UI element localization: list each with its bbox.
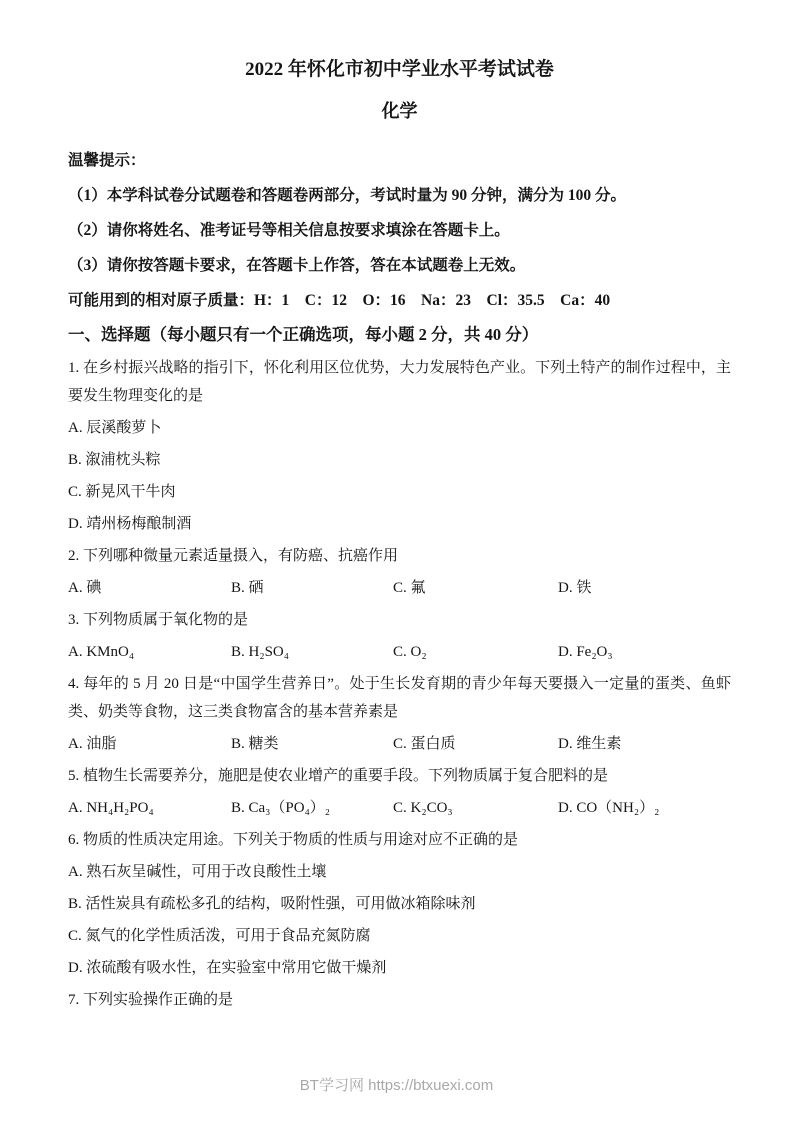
question-1-option-d: D. 靖州杨梅酿制酒	[68, 510, 731, 538]
question-1-option-a: A. 辰溪酸萝卜	[68, 414, 731, 442]
question-3-options: A. KMnO₄B. H₂SO₄C. O₂D. Fe₂O₃	[68, 634, 731, 666]
question-5-stem: 5. 植物生长需要养分，施肥是使农业增产的重要手段。下列物质属于复合肥料的是	[68, 762, 731, 790]
question-2-options: A. 碘B. 硒C. 氟D. 铁	[68, 570, 731, 602]
notice-item-3: （3）请你按答题卡要求，在答题卡上作答，答在本试题卷上无效。	[68, 254, 731, 278]
question-6-option-b: B. 活性炭具有疏松多孔的结构，吸附性强，可用做冰箱除味剂	[68, 890, 731, 918]
notice-list: （1）本学科试卷分试题卷和答题卷两部分，考试时量为 90 分钟，满分为 100 …	[68, 184, 731, 278]
question-2-option-d: D. 铁	[558, 574, 731, 602]
question-1-options: A. 辰溪酸萝卜B. 溆浦枕头粽C. 新晃风干牛肉D. 靖州杨梅酿制酒	[68, 414, 731, 538]
question-5-option-a: A. NH₄H₂PO₄	[68, 794, 231, 822]
notice-item-1: （1）本学科试卷分试题卷和答题卷两部分，考试时量为 90 分钟，满分为 100 …	[68, 184, 731, 208]
watermark-footer: BT学习网 https://btxuexi.com	[0, 1076, 793, 1096]
question-6-option-a: A. 熟石灰呈碱性，可用于改良酸性土壤	[68, 858, 731, 886]
question-6-option-d: D. 浓硫酸有吸水性，在实验室中常用它做干燥剂	[68, 954, 731, 982]
question-1-option-c: C. 新晃风干牛肉	[68, 478, 731, 506]
exam-paper-page: 2022 年怀化市初中学业水平考试试卷 化学 温馨提示： （1）本学科试卷分试题…	[0, 0, 793, 1122]
question-2-stem: 2. 下列哪种微量元素适量摄入，有防癌、抗癌作用	[68, 542, 731, 570]
question-3-option-c: C. O₂	[393, 638, 558, 666]
atomic-masses-line: 可能用到的相对原子质量：H：1 C：12 O：16 Na：23 Cl：35.5 …	[68, 289, 731, 313]
question-6-option-c: C. 氮气的化学性质活泼，可用于食品充氮防腐	[68, 922, 731, 950]
question-6-stem: 6. 物质的性质决定用途。下列关于物质的性质与用途对应不正确的是	[68, 826, 731, 854]
subject-title: 化学	[68, 98, 731, 124]
question-1-stem: 1. 在乡村振兴战略的指引下，怀化利用区位优势，大力发展特色产业。下列土特产的制…	[68, 354, 731, 410]
notice-item-2: （2）请你将姓名、准考证号等相关信息按要求填涂在答题卡上。	[68, 219, 731, 243]
question-3-stem: 3. 下列物质属于氧化物的是	[68, 606, 731, 634]
page-content: 2022 年怀化市初中学业水平考试试卷 化学 温馨提示： （1）本学科试卷分试题…	[0, 0, 793, 1014]
question-4-stem: 4. 每年的 5 月 20 日是“中国学生营养日”。处于生长发育期的青少年每天要…	[68, 670, 731, 726]
question-4-options: A. 油脂B. 糖类C. 蛋白质D. 维生素	[68, 726, 731, 758]
question-4-option-d: D. 维生素	[558, 730, 731, 758]
question-2-option-a: A. 碘	[68, 574, 231, 602]
question-1-option-b: B. 溆浦枕头粽	[68, 446, 731, 474]
question-2-option-c: C. 氟	[393, 574, 558, 602]
question-5-option-b: B. Ca₃（PO₄）₂	[231, 794, 393, 822]
question-4-option-c: C. 蛋白质	[393, 730, 558, 758]
question-4-option-a: A. 油脂	[68, 730, 231, 758]
question-5-options: A. NH₄H₂PO₄B. Ca₃（PO₄）₂C. K₂CO₃D. CO（NH₂…	[68, 790, 731, 822]
page-title: 2022 年怀化市初中学业水平考试试卷	[68, 56, 731, 84]
question-3-option-b: B. H₂SO₄	[231, 638, 393, 666]
notice-heading: 温馨提示：	[68, 149, 731, 173]
question-list: 1. 在乡村振兴战略的指引下，怀化利用区位优势，大力发展特色产业。下列土特产的制…	[68, 354, 731, 1014]
question-7-stem: 7. 下列实验操作正确的是	[68, 986, 731, 1014]
section-heading: 一、选择题（每小题只有一个正确选项，每小题 2 分，共 40 分）	[68, 320, 731, 350]
question-5-option-d: D. CO（NH₂）₂	[558, 794, 731, 822]
question-3-option-a: A. KMnO₄	[68, 638, 231, 666]
question-2-option-b: B. 硒	[231, 574, 393, 602]
question-5-option-c: C. K₂CO₃	[393, 794, 558, 822]
question-3-option-d: D. Fe₂O₃	[558, 638, 731, 666]
question-6-options: A. 熟石灰呈碱性，可用于改良酸性土壤B. 活性炭具有疏松多孔的结构，吸附性强，…	[68, 858, 731, 982]
question-4-option-b: B. 糖类	[231, 730, 393, 758]
